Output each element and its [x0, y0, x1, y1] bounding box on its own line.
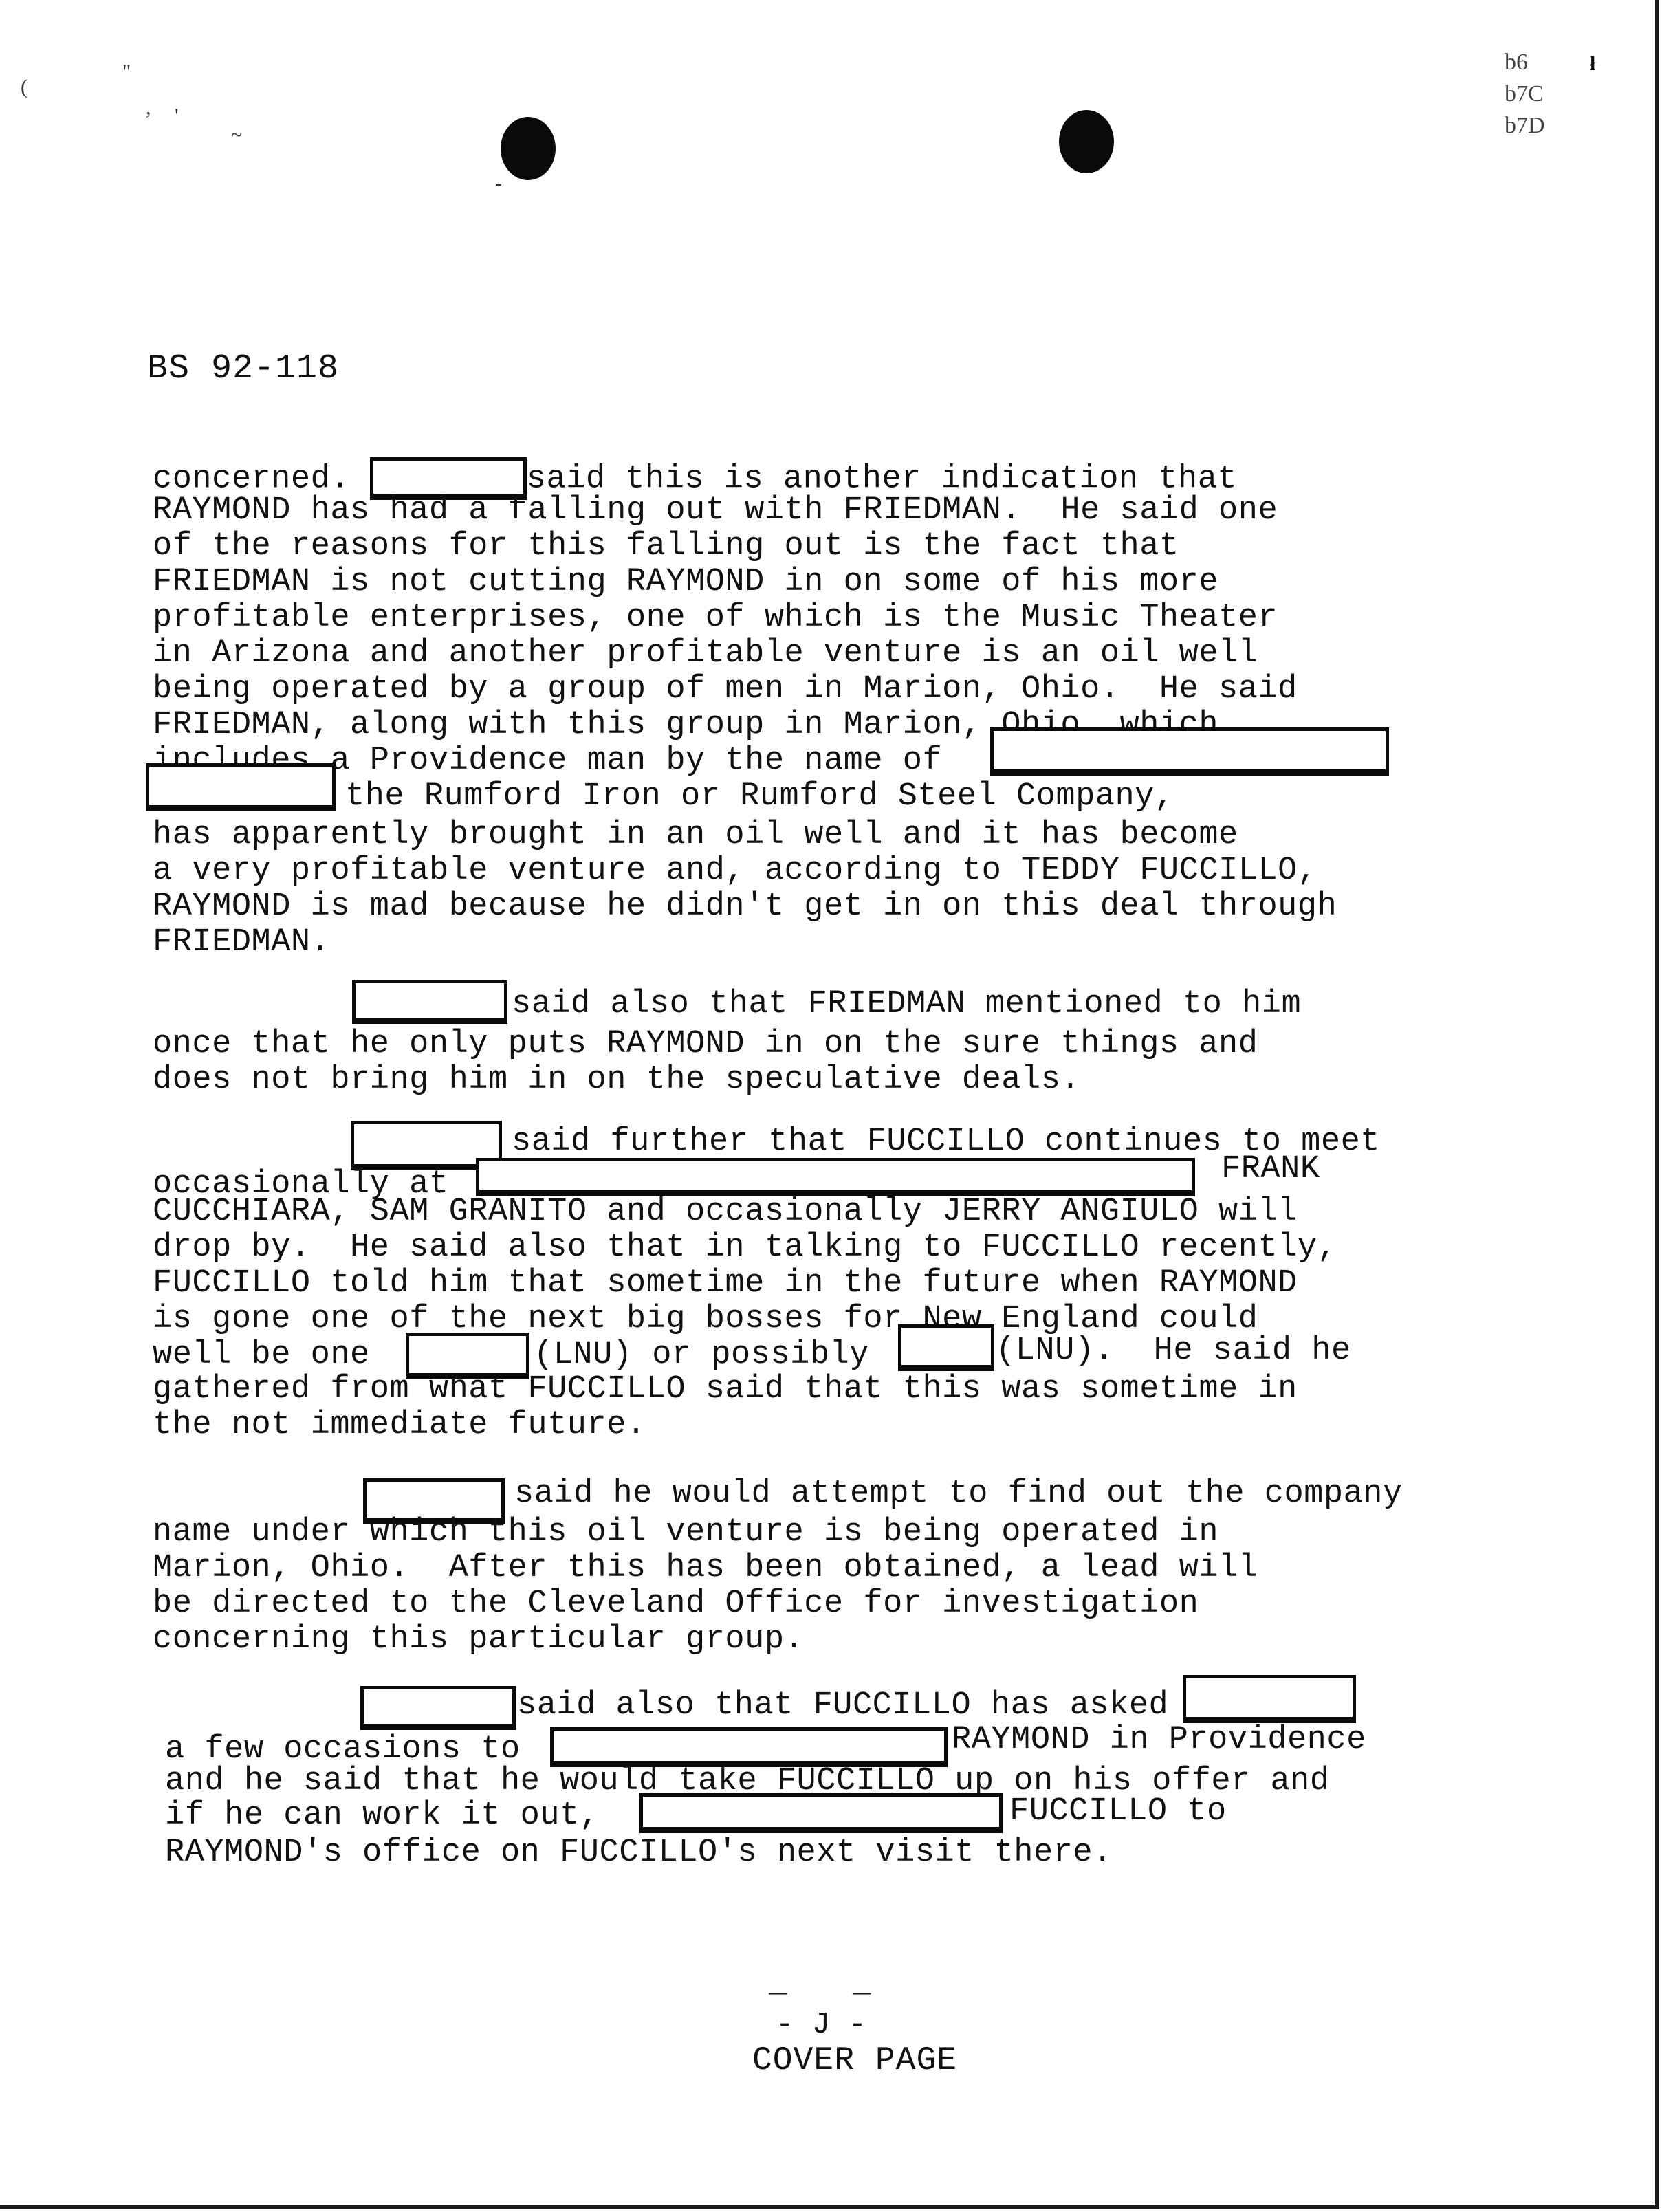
- text-line: said he would attempt to find out the co…: [514, 1477, 1403, 1511]
- text-line: (LNU) or possibly: [534, 1338, 869, 1372]
- text-line: is gone one of the next big bosses for N…: [153, 1302, 1258, 1337]
- text-line: RAYMOND is mad because he didn't get in …: [153, 890, 1337, 924]
- text-line: Marion, Ohio. After this has been obtain…: [153, 1551, 1258, 1586]
- text-line: the Rumford Iron or Rumford Steel Compan…: [345, 780, 1174, 814]
- redaction-box: [476, 1158, 1195, 1196]
- text-line: profitable enterprises, one of which is …: [153, 601, 1278, 635]
- text-line: CUCCHIARA, SAM GRANITO and occasionally …: [153, 1195, 1298, 1229]
- redaction-box: [360, 1686, 516, 1730]
- text-line: drop by. He said also that in talking to…: [153, 1231, 1337, 1265]
- file-number: BS 92-118: [147, 349, 339, 388]
- redaction-box: [639, 1793, 1003, 1833]
- text-line: if he can work it out,: [165, 1799, 600, 1833]
- text-line: gathered from what FUCCILLO said that th…: [153, 1372, 1298, 1407]
- text-line: being operated by a group of men in Mari…: [153, 672, 1298, 707]
- text-line: said also that FUCCILLO has asked: [517, 1689, 1168, 1723]
- text-line: does not bring him in on the speculative…: [153, 1063, 1080, 1097]
- redaction-box: [990, 727, 1389, 776]
- scan-speck: ,: [146, 96, 151, 120]
- exemption-code: b7D: [1505, 110, 1545, 142]
- text-line: RAYMOND in Providence: [952, 1723, 1366, 1757]
- text-line: FRIEDMAN.: [153, 926, 330, 960]
- text-line: be directed to the Cleveland Office for …: [153, 1587, 1199, 1621]
- page-footer: COVER PAGE: [752, 2042, 957, 2079]
- exemption-code: b7C: [1505, 78, 1545, 110]
- text-line: a very profitable venture and, according…: [153, 854, 1317, 888]
- exemption-codes: b6 b7C b7D: [1505, 47, 1545, 142]
- text-line: FRANK: [1221, 1152, 1320, 1187]
- text-line: said also that FRIEDMAN mentioned to him: [512, 987, 1301, 1022]
- footer-rule: _: [853, 1967, 871, 2001]
- text-line: a few occasions to: [165, 1733, 521, 1767]
- text-line: of the reasons for this falling out is t…: [153, 529, 1179, 564]
- scan-speck: (: [21, 76, 28, 99]
- text-line: has apparently brought in an oil well an…: [153, 818, 1238, 853]
- text-line: (LNU). He said he: [996, 1334, 1351, 1368]
- scan-speck: ": [122, 61, 131, 84]
- scan-speck: ~: [231, 124, 242, 147]
- redaction-box: [352, 980, 507, 1024]
- text-line: FUCCILLO to: [1009, 1795, 1227, 1829]
- stray-mark: ł: [1590, 52, 1595, 76]
- redaction-box: [146, 763, 336, 811]
- text-line: well be one: [153, 1338, 370, 1372]
- redaction-box: [550, 1727, 948, 1767]
- scan-speck: ': [175, 105, 178, 128]
- text-line: FRIEDMAN is not cutting RAYMOND in on so…: [153, 565, 1218, 600]
- page-border: [0, 0, 1659, 2209]
- text-line: FUCCILLO told him that sometime in the f…: [153, 1267, 1298, 1301]
- text-line: in Arizona and another profitable ventur…: [153, 637, 1258, 671]
- punch-hole-right: [1059, 110, 1114, 173]
- redaction-box: [1183, 1675, 1356, 1723]
- text-line: RAYMOND's office on FUCCILLO's next visi…: [165, 1836, 1113, 1870]
- footer-rule: _: [769, 1967, 787, 2001]
- scan-speck: -: [495, 172, 502, 195]
- text-line: concerning this particular group.: [153, 1623, 804, 1657]
- text-line: once that he only puts RAYMOND in on the…: [153, 1027, 1258, 1062]
- page-label: - J -: [776, 2008, 866, 2042]
- redaction-box: [898, 1324, 994, 1371]
- text-line: the not immediate future.: [153, 1408, 646, 1443]
- punch-hole-left: [501, 117, 556, 180]
- text-line: RAYMOND has had a falling out with FRIED…: [153, 494, 1278, 528]
- text-line: name under which this oil venture is bei…: [153, 1515, 1218, 1550]
- exemption-code: b6: [1505, 47, 1545, 78]
